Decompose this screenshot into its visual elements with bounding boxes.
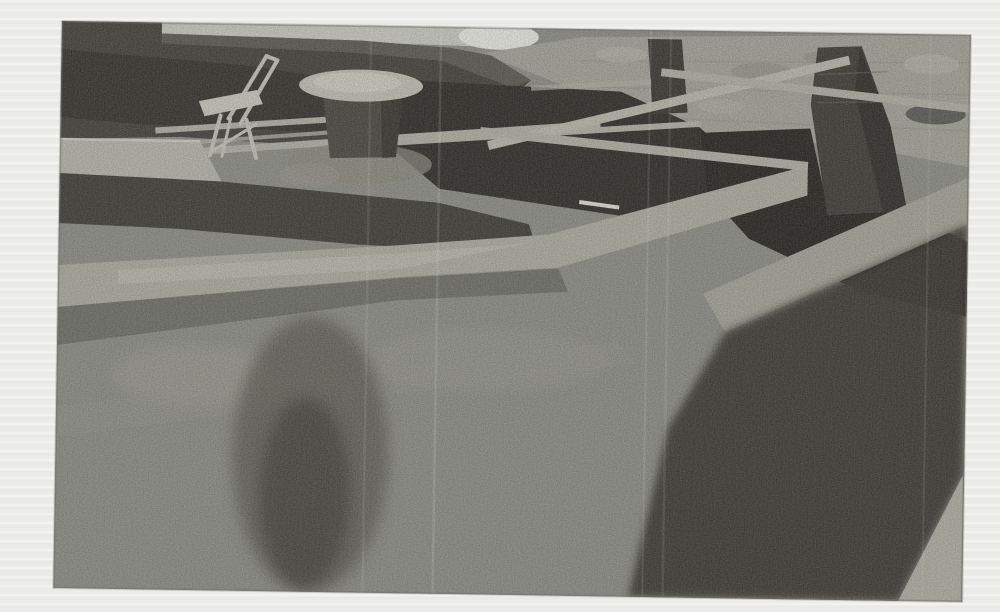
photo-canvas: [53, 21, 971, 602]
excavation-site-photo: [53, 21, 971, 602]
scanned-page: [0, 0, 1000, 612]
film-grain-light: [53, 21, 971, 602]
